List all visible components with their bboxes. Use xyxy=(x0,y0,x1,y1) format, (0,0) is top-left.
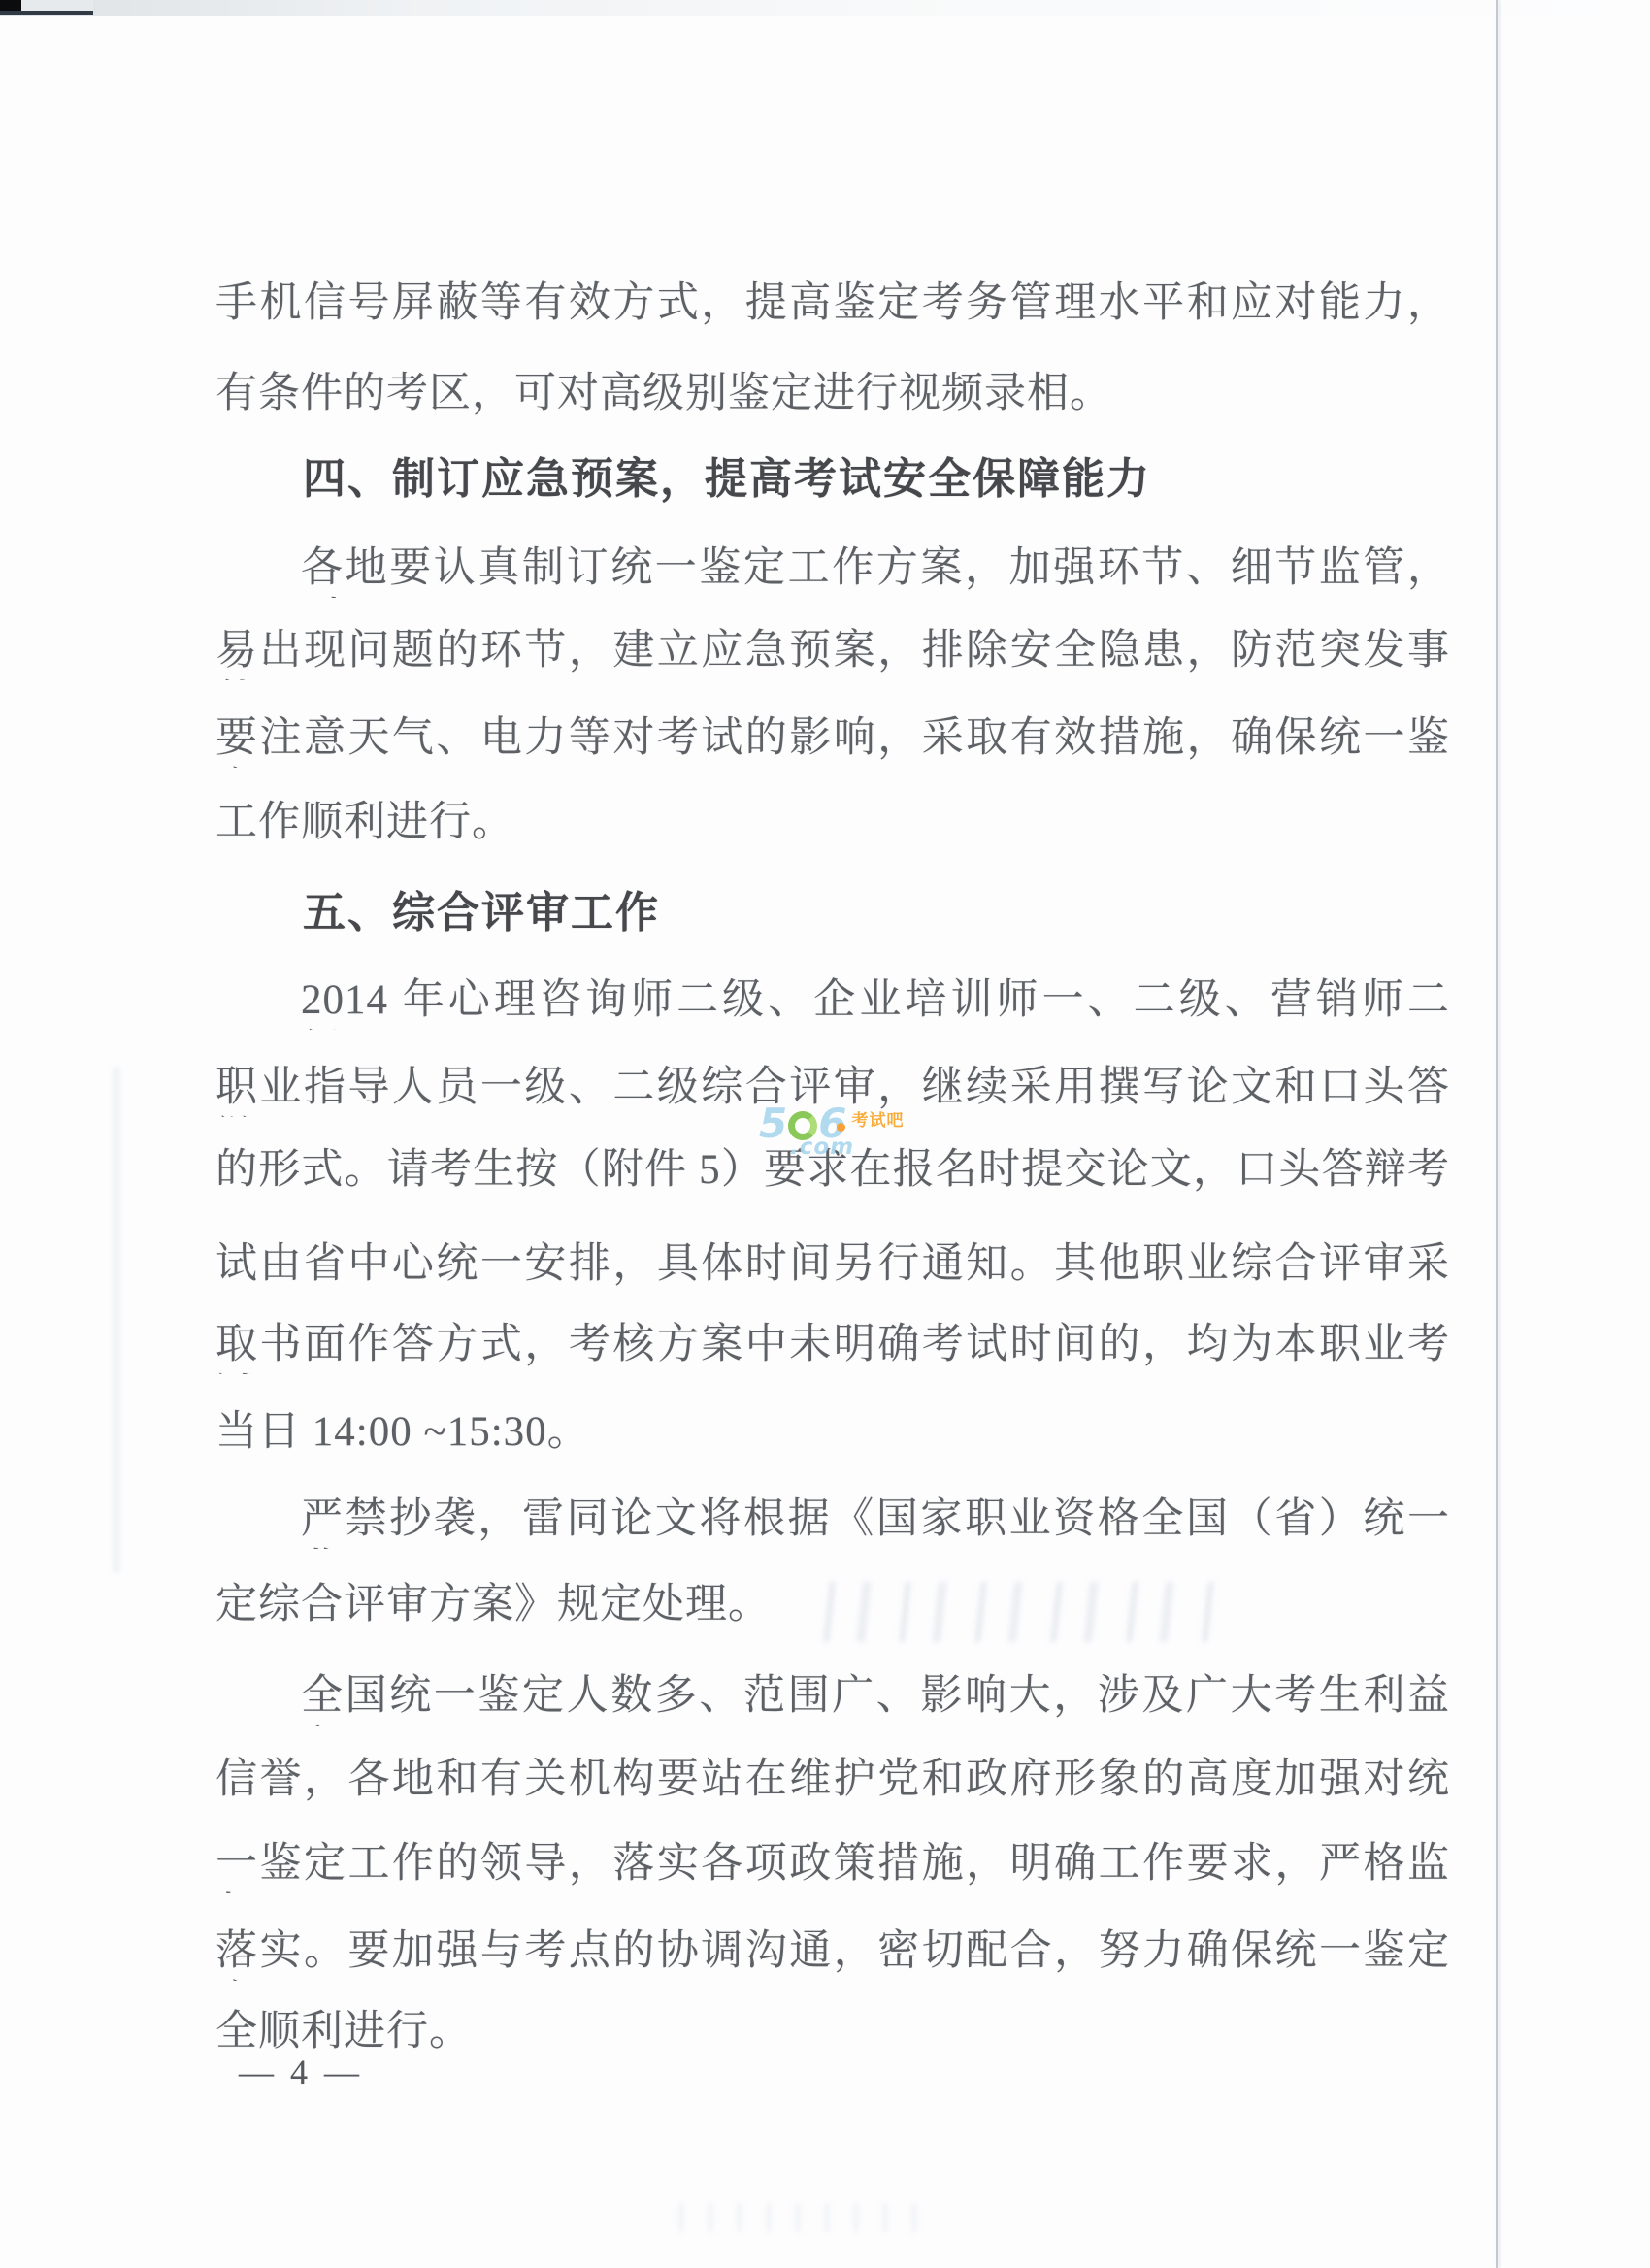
document-page: 手机信号屏蔽等有效方式，提高鉴定考务管理水平和应对能力， 有条件的考区，可对高级… xyxy=(0,0,1650,2268)
text-line: 有条件的考区，可对高级别鉴定进行视频录相。 xyxy=(215,369,1450,423)
section-heading: 四、制订应急预案，提高考试安全保障能力 xyxy=(303,454,1452,509)
text-line: 各地要认真制订统一鉴定工作方案，加强环节、细节监管，对 xyxy=(301,543,1450,598)
watermark-brand: 考试吧 xyxy=(851,1106,904,1131)
text-line: 信誉，各地和有关机构要站在维护党和政府形象的高度加强对统 xyxy=(215,1755,1450,1809)
scan-corner-artifact xyxy=(21,0,93,11)
text-line: 当日 14:00 ~15:30。 xyxy=(215,1407,1450,1462)
text-line: 2014 年心理咨询师二级、企业培训师一、二级、营销师二级、 xyxy=(301,975,1450,1030)
watermark-dot-icon xyxy=(837,1123,845,1132)
exam8-watermark-logo: 5 6 考试吧 .com xyxy=(759,1107,914,1158)
page-edge-line xyxy=(1496,0,1498,2268)
watermark-digit: 5 xyxy=(759,1107,787,1140)
text-line: 易出现问题的环节，建立应急预案，排除安全隐患，防范突发事件。 xyxy=(215,626,1450,680)
text-line: 一鉴定工作的领导，落实各项政策措施，明确工作要求，严格监督 xyxy=(215,1839,1450,1893)
scan-corner-artifact xyxy=(0,11,93,15)
text-line: 全顺利进行。 xyxy=(215,2007,1450,2061)
text-line: 取书面作答方式，考核方案中未明确考试时间的，均为本职业考试 xyxy=(215,1320,1450,1374)
section-heading: 五、综合评审工作 xyxy=(303,888,1452,942)
text-line: 要注意天气、电力等对考试的影响，采取有效措施，确保统一鉴定 xyxy=(215,713,1450,768)
watermark-domain: .com xyxy=(790,1134,854,1160)
text-line: 工作顺利进行。 xyxy=(215,798,1450,852)
page-number: — 4 — xyxy=(239,2052,363,2092)
text-line: 全国统一鉴定人数多、范围广、影响大，涉及广大考生利益和 xyxy=(301,1671,1450,1726)
bleed-through-artifact xyxy=(824,1582,1219,1642)
scan-edge-artifact xyxy=(113,1068,120,1572)
bleed-through-artifact xyxy=(679,2203,932,2232)
text-line: 落实。要加强与考点的协调沟通，密切配合，努力确保统一鉴定安 xyxy=(215,1926,1450,1981)
scan-top-shadow xyxy=(0,0,1650,16)
text-line: 试由省中心统一安排，具体时间另行通知。其他职业综合评审采 xyxy=(215,1239,1450,1294)
text-line: 手机信号屏蔽等有效方式，提高鉴定考务管理水平和应对能力， xyxy=(215,279,1450,333)
text-line: 严禁抄袭，雷同论文将根据《国家职业资格全国（省）统一鉴 xyxy=(301,1495,1450,1549)
